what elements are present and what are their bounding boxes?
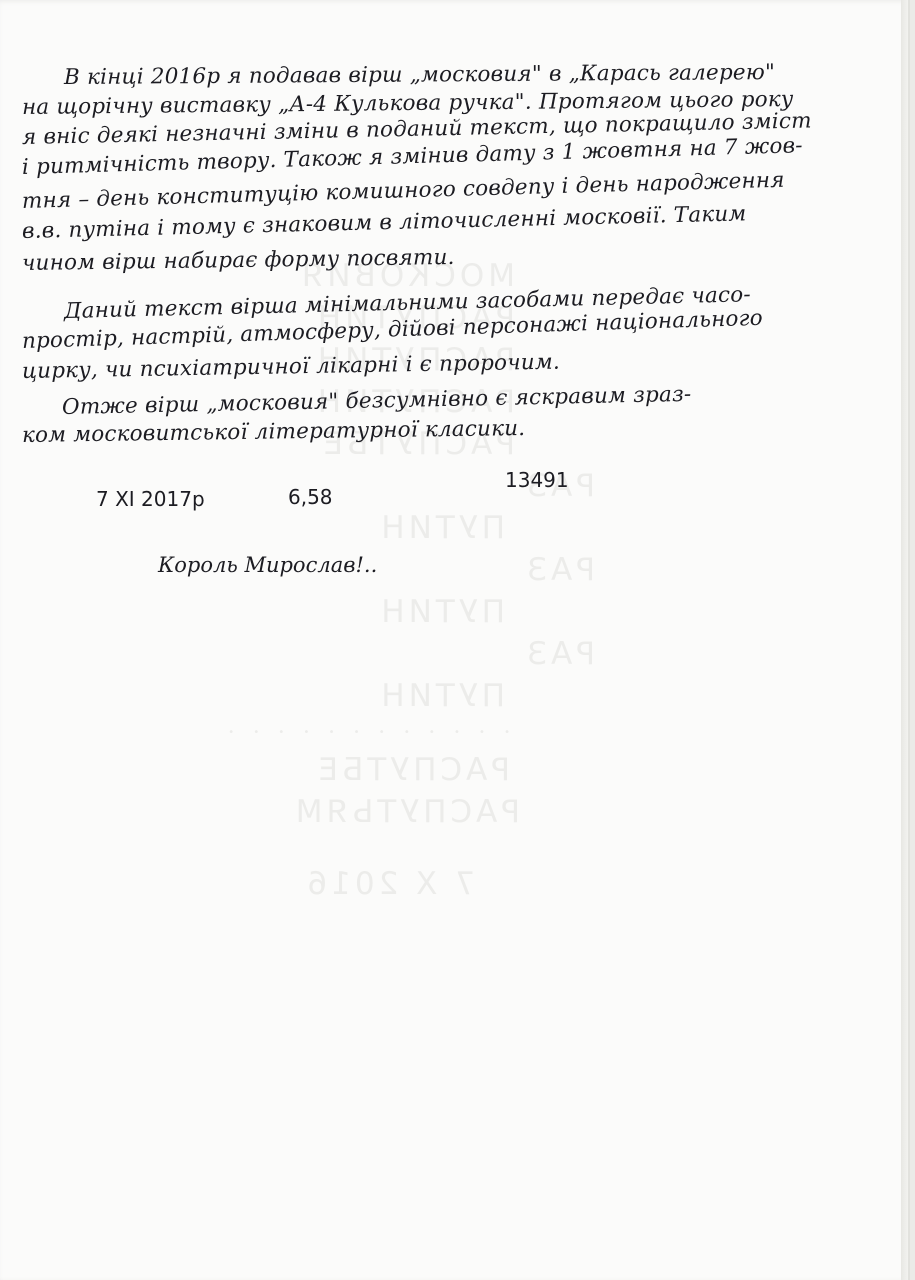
letter-number: 13491 [505, 468, 569, 492]
bleed-line: 7 X 2016 [255, 863, 615, 905]
bleed-line: РАСПУТЬЯМ [255, 791, 615, 833]
bleed-line: ПУТИН [255, 507, 615, 549]
signature: Король Мирослав!.. [158, 553, 377, 577]
bleed-line: ПУТИН [255, 675, 615, 717]
letter-time: 6,58 [288, 485, 333, 509]
paragraph-3-line-2: ком московитської літературної класики. [22, 415, 526, 450]
letter-body: В кінці 2016р я подавав вірш „московия" … [0, 0, 908, 460]
paper-sheet: МОСКОВИЯ РАСПУТИН РАСПУТИН РАСПУТИН РАСП… [0, 0, 910, 1280]
paragraph-2-line-3: цирку, чи психіатричної лікарні і є прор… [22, 349, 560, 386]
bleed-gap [255, 833, 615, 863]
letter-date: 7 XI 2017р [96, 487, 205, 511]
bleed-line: РАЗ [255, 633, 615, 675]
bleed-dots: • • • • • • • • • • • • [255, 717, 615, 749]
paragraph-1-line-7: чином вірш набирає форму посвяти. [22, 244, 455, 278]
paragraph-3-line-1: Отже вірш „московия" безсумнівно є яскра… [62, 381, 692, 422]
paper-edge [901, 0, 908, 1280]
bleed-line: РАСПУТБЕ [255, 749, 615, 791]
bleed-line: ПУТИН [255, 591, 615, 633]
